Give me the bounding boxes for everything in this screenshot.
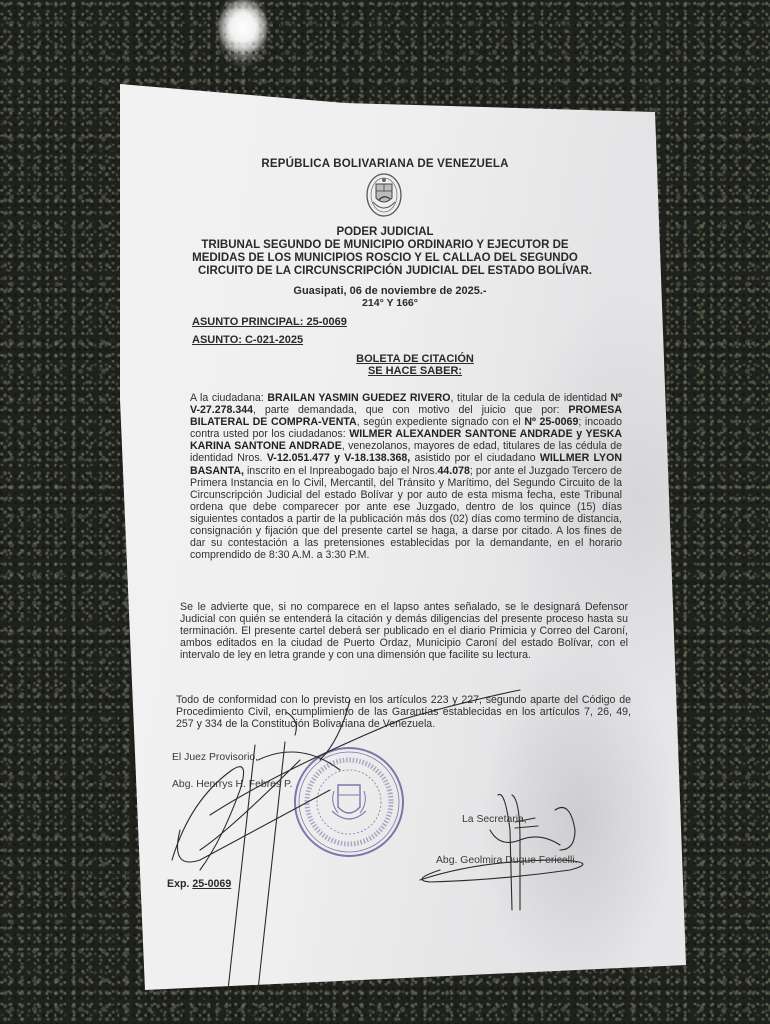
header-poder-judicial: PODER JUDICIAL: [175, 226, 595, 238]
secretary-name: Abg. Geolmira Duque Fericelli.: [436, 855, 578, 866]
citation-document: REPÚBLICA BOLIVARIANA DE VENEZUELA PODER…: [0, 0, 770, 1024]
header-tribunal-line-3: CIRCUITO DE LA CIRCUNSCRIPCIÓN JUDICIAL …: [170, 265, 620, 278]
document-years: 214° Y 166°: [175, 297, 605, 309]
header-tribunal-line-2: MEDIDAS DE LOS MUNICIPIOS ROSCIO Y EL CA…: [165, 252, 605, 265]
judge-name: Abg. Henrrys H. Febres P.: [172, 779, 293, 790]
document-date: Guasipati, 06 de noviembre de 2025.-: [175, 285, 605, 297]
expediente-number: Exp. 25-0069: [167, 878, 231, 890]
header-tribunal-line-1: TRIBUNAL SEGUNDO DE MUNICIPIO ORDINARIO …: [165, 239, 605, 252]
document-title: BOLETA DE CITACIÓN: [200, 353, 630, 365]
body-paragraph-1: A la ciudadana: BRAILAN YASMIN GUEDEZ RI…: [190, 392, 622, 561]
secretary-signature-icon: [420, 794, 583, 910]
body-paragraph-3: Todo de conformidad con lo previsto en l…: [176, 694, 631, 730]
body-paragraph-2: Se le advierte que, si no comparece en e…: [180, 601, 628, 661]
secretary-title: La Secretaria,: [462, 814, 527, 825]
coat-of-arms-icon: [364, 172, 404, 218]
court-seal-stamp-icon: [292, 745, 407, 860]
judge-title: El Juez Provisorio,: [172, 752, 258, 763]
asunto-principal: ASUNTO PRINCIPAL: 25-0069: [192, 316, 347, 328]
header-republica: REPÚBLICA BOLIVARIANA DE VENEZUELA: [175, 158, 595, 170]
document-subtitle: SE HACE SABER:: [200, 365, 630, 377]
asunto: ASUNTO: C-021-2025: [192, 334, 303, 346]
